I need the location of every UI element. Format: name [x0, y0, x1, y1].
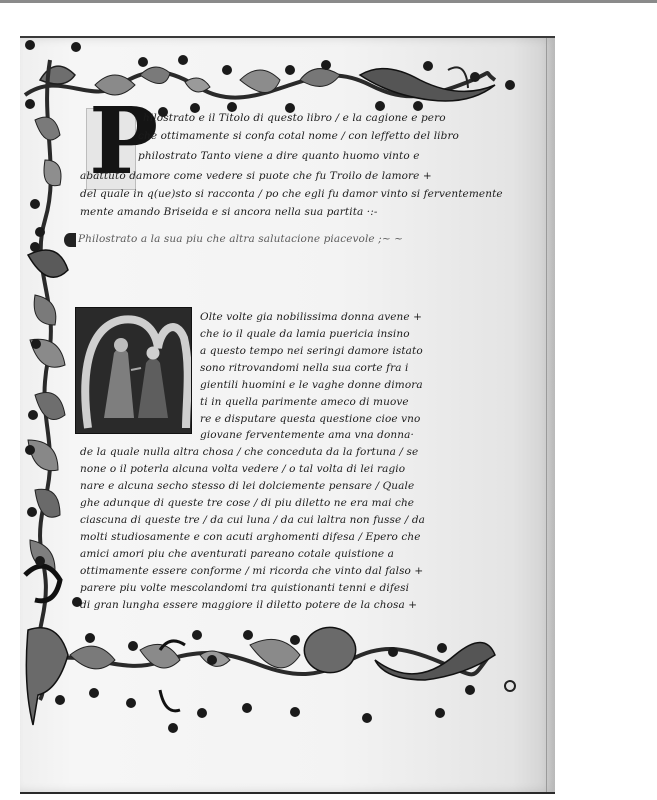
main-line: re e disputare questa questione cioe vno	[200, 413, 420, 425]
main-line: di gran lungha essere maggiore il dilett…	[80, 599, 417, 611]
main-line: ciascuna di queste tre / da cui luna / d…	[80, 514, 425, 526]
prologue-line: abattuto damore come vedere si puote che…	[80, 170, 432, 182]
main-line: nare e alcuna secho stesso di lei dolcie…	[80, 480, 414, 492]
main-line: che io il quale da lamia puericia insino	[200, 328, 410, 340]
main-line: parere piu volte mescolandomi tra quisti…	[80, 582, 409, 594]
bottom-vine-icon	[26, 627, 495, 725]
historiated-initial	[75, 307, 192, 434]
main-line: a questo tempo nei seringi damore istato	[200, 345, 423, 357]
main-line: ti in quella parimente ameco di muove	[200, 396, 409, 408]
main-line: ottimamente essere conforme / mi ricorda…	[80, 565, 423, 577]
main-line: Olte volte gia nobilissima donna avene +	[200, 311, 422, 323]
main-line: de la quale nulla altra chosa / che conc…	[80, 446, 418, 458]
main-line: giovane ferventemente ama vna donna·	[200, 429, 414, 441]
prologue-line: mente amando Briseida e si ancora nella …	[80, 206, 378, 218]
paragraph-mark-icon	[64, 233, 76, 247]
main-line: none o il poterla alcuna volta vedere / …	[80, 463, 405, 475]
rubric-line: Philostrato a la sua piu che altra salut…	[78, 233, 403, 245]
main-line: sono ritrovandomi nella sua corte fra i	[200, 362, 409, 374]
miniature-two-figures-icon	[76, 308, 191, 433]
main-line: amici amori piu che aventurati pareano c…	[80, 548, 394, 560]
main-line: gientili huomini e le vaghe donne dimora	[200, 379, 423, 391]
prologue-line: che ottimamente si confa cotal nome / co…	[138, 130, 459, 142]
prologue-line: del quale in q(ue)sto si racconta / po c…	[80, 188, 503, 200]
main-line: molti studiosamente e con acuti arghomen…	[80, 531, 421, 543]
prologue-line: philostrato Tanto viene a dire quanto hu…	[138, 150, 420, 162]
main-line: ghe adunque di queste tre cose / di piu …	[80, 497, 414, 509]
left-vine-icon	[25, 60, 68, 700]
prologue-line: hilostrato e il Titolo di questo libro /…	[143, 112, 446, 124]
